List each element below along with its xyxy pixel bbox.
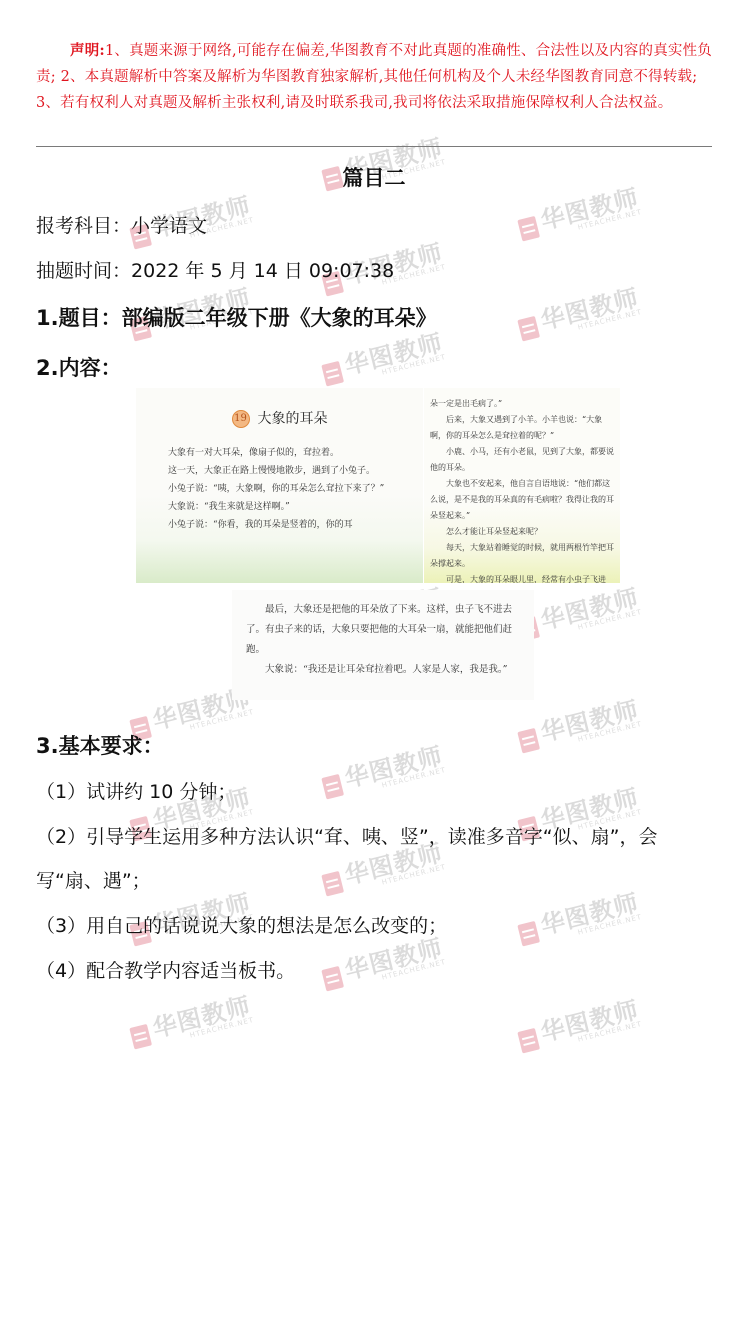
textbook-paragraph: 可是，大象的耳朵眼儿里，经常有小虫子飞进去，还在里面跳舞，吵得他又头痛，又心烦。	[424, 572, 620, 583]
watermark: 华图教师HTEACHER.NET	[320, 331, 447, 391]
textbook-paragraph: 怎么才能让耳朵竖起来呢？	[424, 524, 620, 540]
huatu-logo-icon	[321, 360, 344, 386]
content-heading: 2.内容：	[36, 352, 122, 382]
topic-line: 1.题目：部编版二年级下册《大象的耳朵》	[36, 302, 437, 332]
watermark: 华图教师HTEACHER.NET	[516, 698, 643, 758]
lesson-number-badge: 19	[232, 410, 250, 428]
subject-value: 小学语文	[131, 215, 207, 237]
topic-label: 1.题目：	[36, 306, 122, 330]
disclaimer-notice: 声明:1、真题来源于网络,可能存在偏差,华图教育不对此真题的准确性、合法性以及内…	[36, 38, 712, 116]
textbook-paragraph: 后来，大象又遇到了小羊。小羊也说：“大象啊，你的耳朵怎么是耷拉着的呢？”	[424, 412, 620, 444]
subject-label: 报考科目：	[36, 215, 131, 237]
textbook-paragraph: 这一天，大象正在路上慢慢地散步，遇到了小兔子。	[136, 462, 423, 480]
textbook-page-right: 朵一定是出毛病了。” 后来，大象又遇到了小羊。小羊也说：“大象啊，你的耳朵怎么是…	[424, 388, 620, 583]
requirement-item: （1）试讲约 10 分钟；	[36, 770, 716, 814]
watermark: 华图教师HTEACHER.NET	[516, 586, 643, 646]
lesson-title-text: 大象的耳朵	[258, 410, 328, 428]
textbook-paragraph: 大象说：“我还是让耳朵耷拉着吧。人家是人家，我是我。”	[232, 660, 534, 680]
textbook-paragraph: 小兔子说：“咦，大象啊，你的耳朵怎么耷拉下来了？”	[136, 480, 423, 498]
watermark: 华图教师HTEACHER.NET	[128, 994, 255, 1054]
requirements-heading: 3.基本要求：	[36, 730, 164, 760]
draw-time-line: 抽题时间：2022 年 5 月 14 日 09:07:38	[36, 256, 394, 283]
disclaimer-label: 声明:	[70, 42, 105, 59]
requirement-item: （4）配合教学内容适当板书。	[36, 949, 716, 993]
textbook-page-left: 19 大象的耳朵 大象有一对大耳朵，像扇子似的，耷拉着。 这一天，大象正在路上慢…	[136, 388, 423, 583]
huatu-logo-icon	[517, 1027, 540, 1053]
section-title: 篇目二	[0, 162, 748, 192]
watermark: 华图教师HTEACHER.NET	[516, 998, 643, 1058]
draw-time-label: 抽题时间：	[36, 260, 131, 282]
topic-value: 部编版二年级下册《大象的耳朵》	[122, 306, 437, 330]
huatu-logo-icon	[129, 1023, 152, 1049]
watermark: 华图教师HTEACHER.NET	[516, 286, 643, 346]
textbook-paragraph: 每天，大象站着睡觉的时候，就用两根竹竿把耳朵撑起来。	[424, 540, 620, 572]
divider	[36, 146, 712, 147]
textbook-paragraph: 小鹿、小马，还有小老鼠，见到了大象，都要说他的耳朵。	[424, 444, 620, 476]
huatu-logo-icon	[517, 315, 540, 341]
disclaimer-text: 1、真题来源于网络,可能存在偏差,华图教育不对此真题的准确性、合法性以及内容的真…	[36, 43, 712, 111]
textbook-page-bottom: 最后，大象还是把他的耳朵放了下来。这样，虫子飞不进去了。有虫子来的话，大象只要把…	[232, 590, 534, 700]
huatu-logo-icon	[517, 727, 540, 753]
textbook-paragraph: 大象有一对大耳朵，像扇子似的，耷拉着。	[136, 444, 423, 462]
textbook-paragraph: 大象也不安起来，他自言自语地说：“他们都这么说，是不是我的耳朵真的有毛病啦？我得…	[424, 476, 620, 524]
textbook-paragraph: 最后，大象还是把他的耳朵放了下来。这样，虫子飞不进去了。有虫子来的话，大象只要把…	[232, 600, 534, 660]
huatu-logo-icon	[517, 215, 540, 241]
draw-time-value: 2022 年 5 月 14 日 09:07:38	[131, 260, 394, 282]
textbook-paragraph: 朵一定是出毛病了。”	[424, 396, 620, 412]
lesson-title: 19 大象的耳朵	[136, 410, 423, 428]
textbook-paragraph: 大象说：“我生来就是这样啊。”	[136, 498, 423, 516]
watermark: 华图教师HTEACHER.NET	[516, 186, 643, 246]
requirement-item: （3）用自己的话说说大象的想法是怎么改变的；	[36, 904, 716, 948]
textbook-paragraph: 小兔子说：“你看，我的耳朵是竖着的，你的耳	[136, 516, 423, 534]
subject-line: 报考科目：小学语文	[36, 211, 207, 238]
requirement-item: （2）引导学生运用多种方法认识“耷、咦、竖”，读准多音字“似、扇”，会写“扇、遇…	[36, 815, 716, 903]
